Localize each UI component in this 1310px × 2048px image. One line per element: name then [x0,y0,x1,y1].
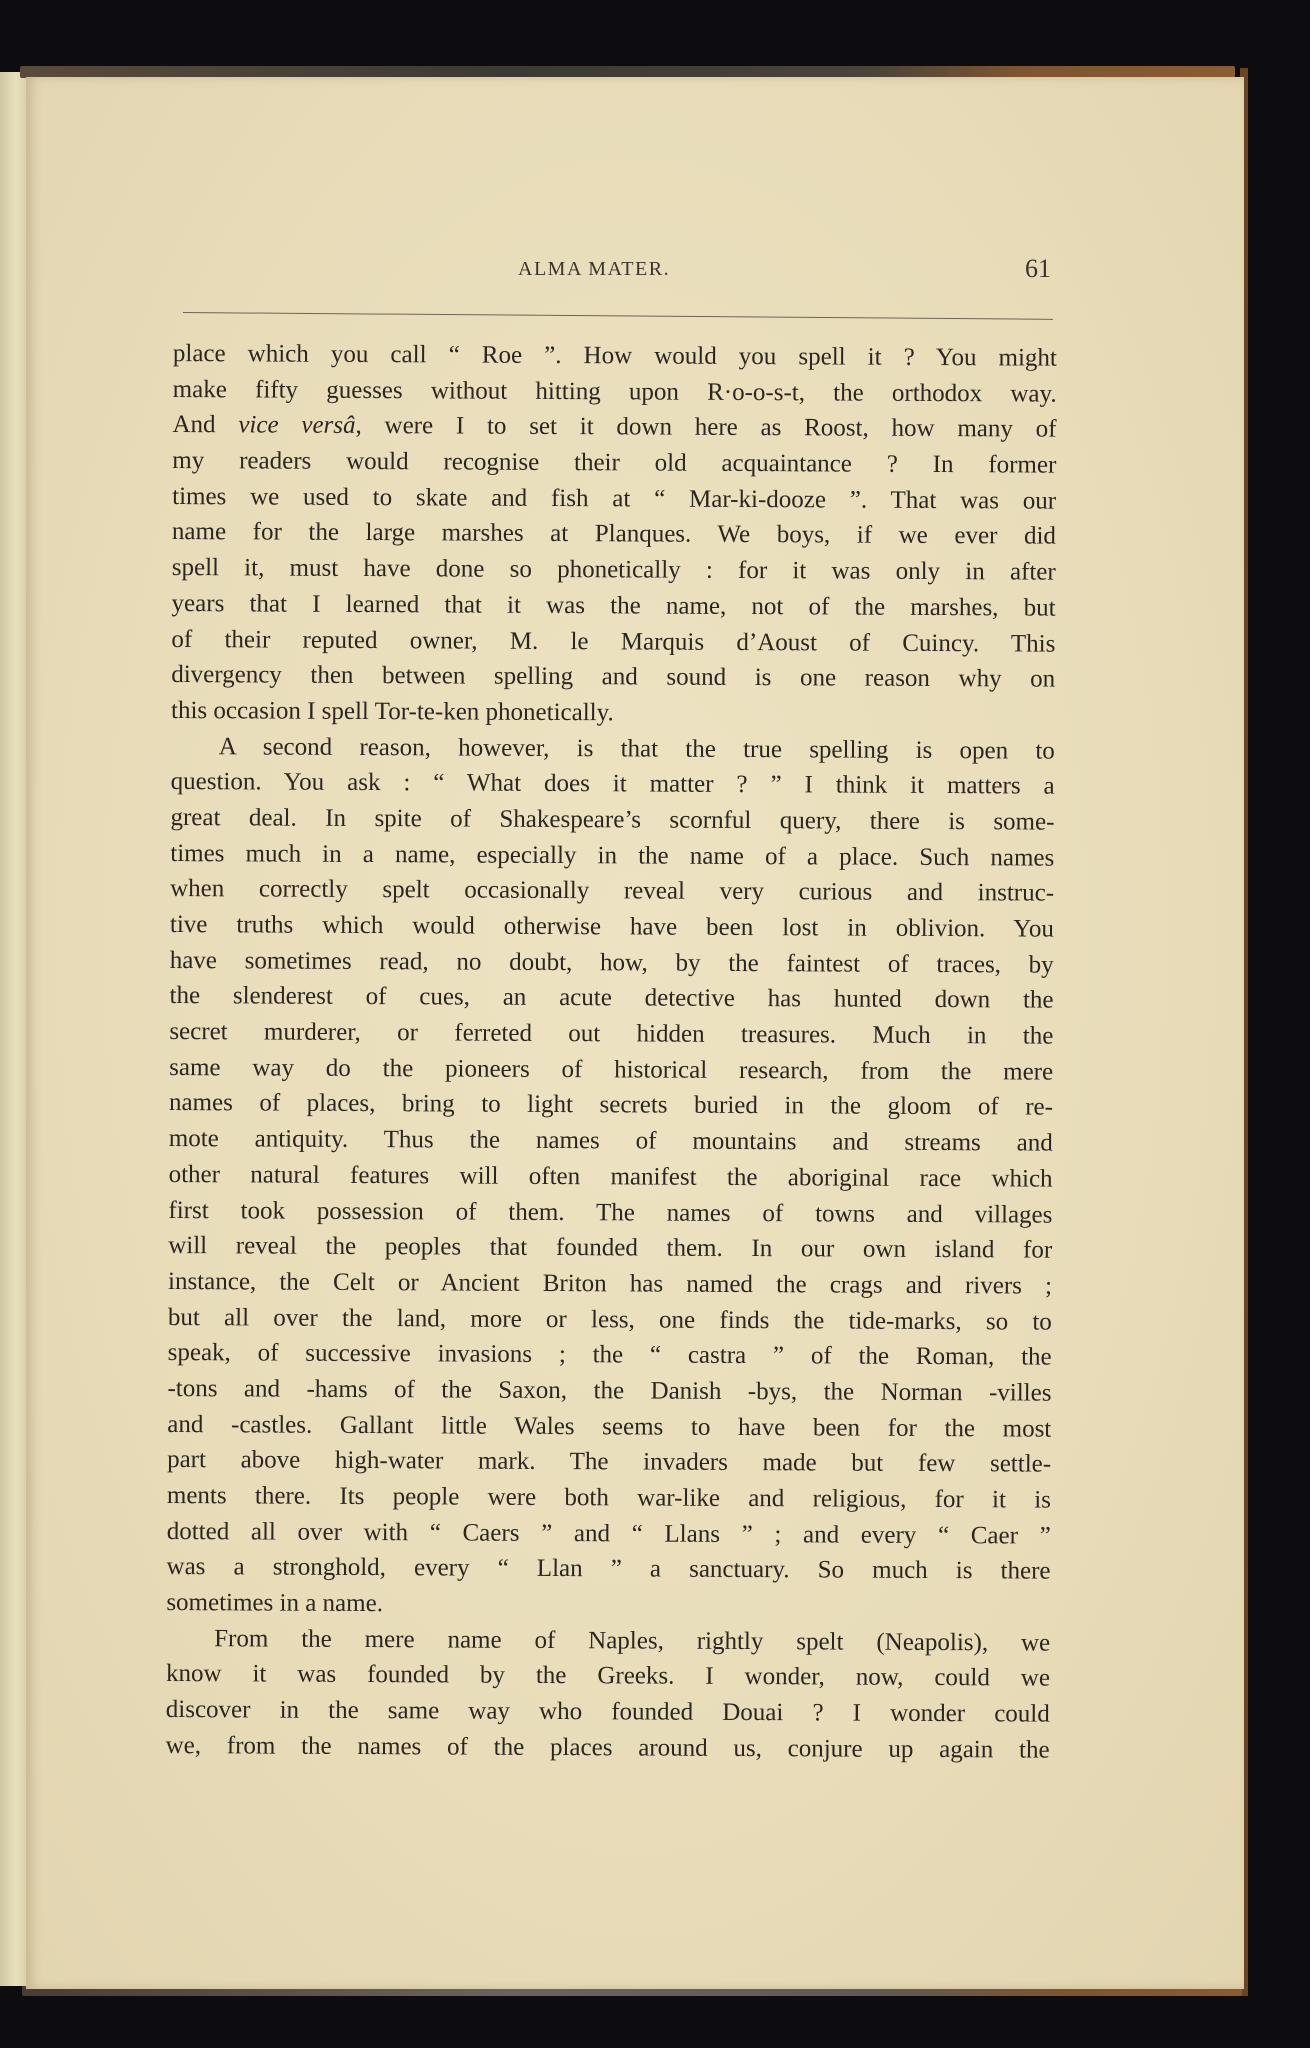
text-line: ments there. Its people were both war-li… [167,1478,1051,1518]
paragraph: From the mere name of Naples, rightly sp… [166,1621,1051,1768]
text-line: this occasion I spell Tor-te-ken phoneti… [171,693,1055,733]
text-line: sometimes in a name. [166,1585,1050,1625]
text-line: A second reason, however, is that the tr… [171,729,1055,769]
text-line: names of places, bring to light secrets … [169,1085,1053,1125]
text-line: speak, of successive invasions ; the “ c… [168,1335,1052,1375]
text-line: From the mere name of Naples, rightly sp… [166,1621,1050,1661]
text-line: tive truths which would otherwise have b… [170,907,1054,947]
text-line: have sometimes read, no doubt, how, by t… [170,943,1054,983]
text-line: question. You ask : “ What does it matte… [171,764,1055,804]
paragraph: place which you call “ Roe ”. How would … [171,336,1057,733]
text-line: years that I learned that it was the nam… [172,586,1056,626]
text-line: divergency then between spelling and sou… [171,657,1055,697]
text-line: instance, the Celt or Ancient Briton has… [168,1264,1052,1304]
text-line: discover in the same way who founded Dou… [166,1692,1050,1732]
text-line: when correctly spelt occasionally reveal… [170,871,1054,911]
italic-phrase: vice versâ [238,412,355,440]
text-line: -tons and -hams of the Saxon, the Danish… [167,1371,1051,1411]
running-head: ALMA MATER. [518,258,670,281]
body-text: place which you call “ Roe ”. How would … [166,336,1057,1768]
text-line: make fifty guesses without hitting upon … [173,372,1057,412]
paragraph: A second reason, however, is that the tr… [166,729,1055,1626]
text-line: And vice versâ, were I to set it down he… [172,407,1056,447]
text-line: name for the large marshes at Planques. … [172,514,1056,554]
text-line: same way do the pioneers of historical r… [169,1050,1053,1090]
text-line: know it was founded by the Greeks. I won… [166,1656,1050,1696]
text-line: we, from the names of the places around … [166,1728,1050,1768]
text-line: will reveal the peoples that founded the… [168,1228,1052,1268]
text-line: other natural features will often manife… [169,1157,1053,1197]
text-line: part above high-water mark. The invaders… [167,1442,1051,1482]
text-line: mote antiquity. Thus the names of mounta… [169,1121,1053,1161]
text-line: but all over the land, more or less, one… [168,1300,1052,1340]
text-line: of their reputed owner, M. le Marquis d’… [171,621,1055,661]
text-line: my readers would recognise their old acq… [172,443,1056,483]
text-line: great deal. In spite of Shakespeare’s sc… [170,800,1054,840]
text-line: secret murderer, or ferreted out hidden … [169,1014,1053,1054]
text-line: spell it, must have done so phonetically… [172,550,1056,590]
text-line: times we used to skate and fish at “ Mar… [172,479,1056,519]
text-line: dotted all over with “ Caers ” and “ Lla… [167,1514,1051,1554]
page-number: 61 [1025,254,1051,284]
facing-page-edge [0,72,26,1986]
text-line: first took possession of them. The names… [168,1192,1052,1232]
text-line: and -castles. Gallant little Wales seems… [167,1407,1051,1447]
text-line: was a stronghold, every “ Llan ” a sanct… [166,1549,1050,1589]
text-line: place which you call “ Roe ”. How would … [173,336,1057,376]
text-line: the slenderest of cues, an acute detecti… [169,978,1053,1018]
text-line: times much in a name, especially in the … [170,836,1054,876]
